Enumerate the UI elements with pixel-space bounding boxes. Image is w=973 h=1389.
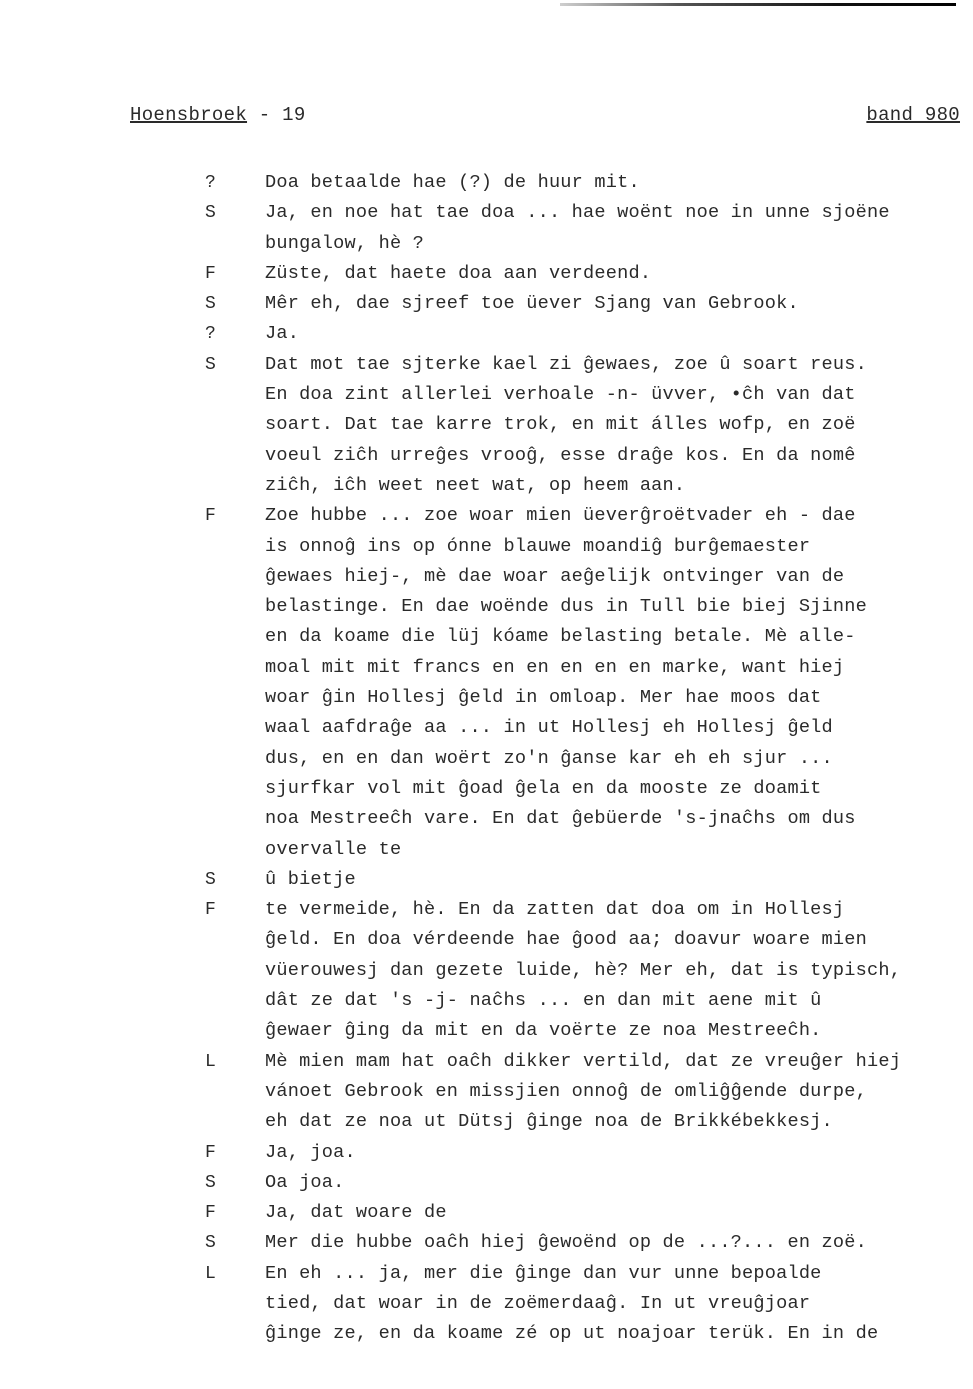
utterance-line: En eh ... ja, mer die ĝinge dan vur unne… (265, 1259, 965, 1289)
transcript-turn: FJa, dat woare de (205, 1198, 965, 1228)
utterance-line: tied, dat woar in de zoëmerdaaĝ. In ut v… (265, 1289, 965, 1319)
scan-edge-line (560, 3, 956, 6)
utterance-line: is onnoĝ ins op ónne blauwe moandiĝ burĝ… (265, 532, 965, 562)
utterance: Zoe hubbe ... zoe woar mien üeverĝroëtva… (265, 501, 965, 865)
utterance: Dat mot tae sjterke kael zi ĝewaes, zoe … (265, 350, 965, 501)
utterance: Ja. (265, 319, 965, 349)
transcript-turn: SMer die hubbe oaĉh hiej ĝewoënd op de .… (205, 1228, 965, 1258)
speaker-label: ? (205, 319, 265, 349)
speaker-label: F (205, 895, 265, 1046)
speaker-label: F (205, 259, 265, 289)
utterance-line: vüerouwesj dan gezete luide, hè? Mer eh,… (265, 956, 965, 986)
utterance-line: Ja, en noe hat tae doa ... hae woënt noe… (265, 198, 965, 228)
utterance-line: moal mit mit francs en en en en en marke… (265, 653, 965, 683)
utterance-line: û bietje (265, 865, 965, 895)
speaker-label: S (205, 1168, 265, 1198)
utterance-line: ĝewaer ĝing da mit en da voërte ze noa M… (265, 1016, 965, 1046)
utterance: Oa joa. (265, 1168, 965, 1198)
transcript-turn: SOa joa. (205, 1168, 965, 1198)
utterance-line: en da koame die lüj kóame belasting beta… (265, 622, 965, 652)
utterance-line: En doa zint allerlei verhoale -n- üvver,… (265, 380, 965, 410)
utterance-line: Züste, dat haete doa aan verdeend. (265, 259, 965, 289)
utterance: Mêr eh, dae sjreef toe üever Sjang van G… (265, 289, 965, 319)
utterance-line: Zoe hubbe ... zoe woar mien üeverĝroëtva… (265, 501, 965, 531)
utterance-line: overvalle te (265, 835, 965, 865)
page-number: 19 (282, 104, 305, 126)
utterance-line: vánoet Gebrook en missjien onnoĝ de omli… (265, 1077, 965, 1107)
utterance-line: dus, en en dan woërt zo'n ĝanse kar eh e… (265, 744, 965, 774)
transcript-turn: FZüste, dat haete doa aan verdeend. (205, 259, 965, 289)
place-name: Hoensbroek (130, 104, 247, 126)
utterance-line: soart. Dat tae karre trok, en mit álles … (265, 410, 965, 440)
utterance-line: Doa betaalde hae (?) de huur mit. (265, 168, 965, 198)
transcript-turn: SJa, en noe hat tae doa ... hae woënt no… (205, 198, 965, 259)
utterance-line: Ja, joa. (265, 1138, 965, 1168)
utterance-line: ĝinge ze, en da koame zé op ut noajoar t… (265, 1319, 965, 1349)
utterance-line: Dat mot tae sjterke kael zi ĝewaes, zoe … (265, 350, 965, 380)
header-separator: - (247, 104, 282, 126)
utterance-line: voeul ziĉh urreĝes vrooĝ, esse draĝe kos… (265, 441, 965, 471)
speaker-label: L (205, 1047, 265, 1138)
utterance: û bietje (265, 865, 965, 895)
utterance: te vermeide, hè. En da zatten dat doa om… (265, 895, 965, 1046)
utterance-line: Mer die hubbe oaĉh hiej ĝewoënd op de ..… (265, 1228, 965, 1258)
utterance-line: dât ze dat 's -j- naĉhs ... en dan mit a… (265, 986, 965, 1016)
utterance-line: waal aafdraĝe aa ... in ut Hollesj eh Ho… (265, 713, 965, 743)
utterance-line: Mè mien mam hat oaĉh dikker vertild, dat… (265, 1047, 965, 1077)
speaker-label: F (205, 1138, 265, 1168)
speaker-label: S (205, 1228, 265, 1258)
utterance: Ja, en noe hat tae doa ... hae woënt noe… (265, 198, 965, 259)
utterance-line: ĝeld. En doa vérdeende hae ĝood aa; doav… (265, 925, 965, 955)
utterance-line: ĝewaes hiej-, mè dae woar aeĝelijk ontvi… (265, 562, 965, 592)
transcript-turn: Sû bietje (205, 865, 965, 895)
utterance-line: bungalow, hè ? (265, 229, 965, 259)
utterance-line: Ja, dat woare de (265, 1198, 965, 1228)
utterance: Züste, dat haete doa aan verdeend. (265, 259, 965, 289)
speaker-label: ? (205, 168, 265, 198)
band-number: band 980 (866, 104, 960, 126)
speaker-label: F (205, 1198, 265, 1228)
speaker-label: F (205, 501, 265, 865)
utterance-line: eh dat ze noa ut Dütsj ĝinge noa de Brik… (265, 1107, 965, 1137)
utterance-line: sjurfkar vol mit ĝoad ĝela en da mooste … (265, 774, 965, 804)
transcript-turn: FJa, joa. (205, 1138, 965, 1168)
utterance: Ja, dat woare de (265, 1198, 965, 1228)
utterance: Mer die hubbe oaĉh hiej ĝewoënd op de ..… (265, 1228, 965, 1258)
utterance: En eh ... ja, mer die ĝinge dan vur unne… (265, 1259, 965, 1350)
utterance-line: belastinge. En dae woënde dus in Tull bi… (265, 592, 965, 622)
utterance-line: woar ĝin Hollesj ĝeld in omloap. Mer hae… (265, 683, 965, 713)
utterance-line: noa Mestreeĉh vare. En dat ĝebüerde 's-j… (265, 804, 965, 834)
transcript-turn: SMêr eh, dae sjreef toe üever Sjang van … (205, 289, 965, 319)
speaker-label: L (205, 1259, 265, 1350)
transcript-turn: LEn eh ... ja, mer die ĝinge dan vur unn… (205, 1259, 965, 1350)
speaker-label: S (205, 350, 265, 501)
transcript-turn: ?Doa betaalde hae (?) de huur mit. (205, 168, 965, 198)
speaker-label: S (205, 198, 265, 259)
utterance-line: Ja. (265, 319, 965, 349)
transcript-turn: FZoe hubbe ... zoe woar mien üeverĝroëtv… (205, 501, 965, 865)
page-header: Hoensbroek - 19 band 980 (130, 104, 960, 132)
utterance-line: Oa joa. (265, 1168, 965, 1198)
speaker-label: S (205, 865, 265, 895)
transcript-turn: Fte vermeide, hè. En da zatten dat doa o… (205, 895, 965, 1046)
transcript: ?Doa betaalde hae (?) de huur mit.SJa, e… (205, 168, 965, 1350)
utterance: Ja, joa. (265, 1138, 965, 1168)
transcript-turn: ?Ja. (205, 319, 965, 349)
utterance: Mè mien mam hat oaĉh dikker vertild, dat… (265, 1047, 965, 1138)
utterance-line: ziĉh, iĉh weet neet wat, op heem aan. (265, 471, 965, 501)
transcript-turn: SDat mot tae sjterke kael zi ĝewaes, zoe… (205, 350, 965, 501)
speaker-label: S (205, 289, 265, 319)
utterance-line: te vermeide, hè. En da zatten dat doa om… (265, 895, 965, 925)
transcript-turn: LMè mien mam hat oaĉh dikker vertild, da… (205, 1047, 965, 1138)
utterance: Doa betaalde hae (?) de huur mit. (265, 168, 965, 198)
utterance-line: Mêr eh, dae sjreef toe üever Sjang van G… (265, 289, 965, 319)
